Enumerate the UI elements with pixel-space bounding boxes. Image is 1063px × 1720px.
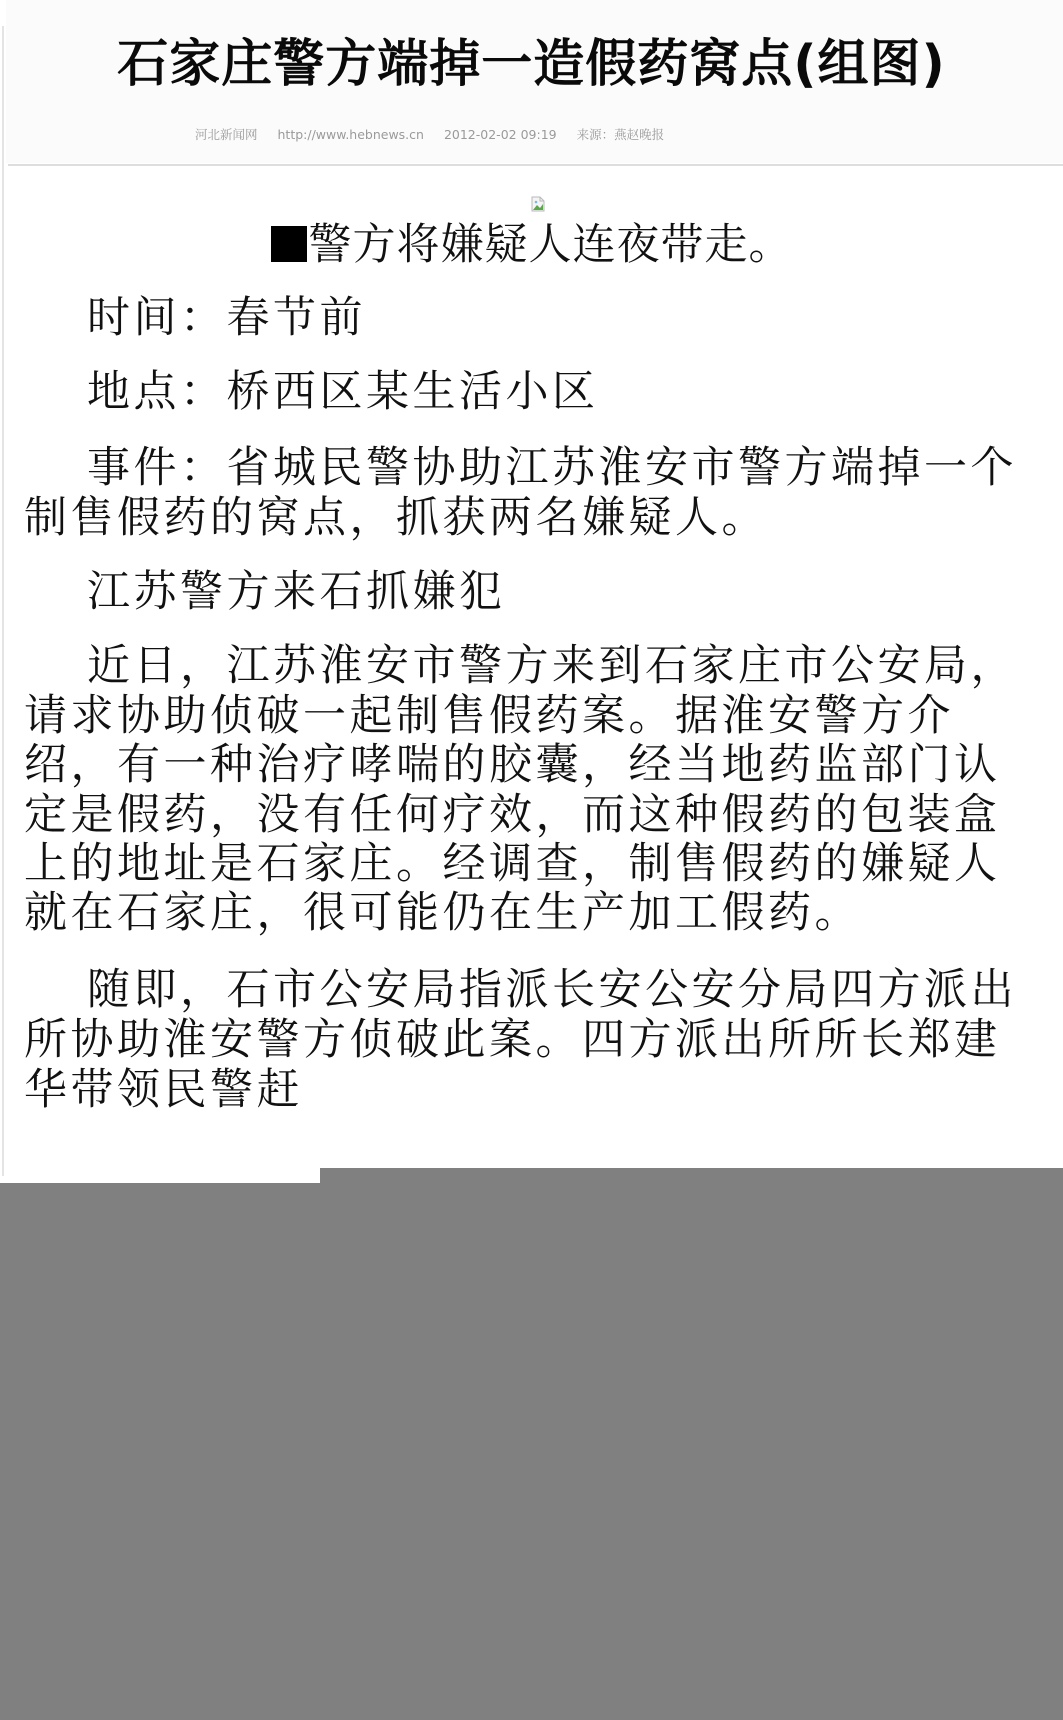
paragraph-2-line-2: 所协助淮安警方侦破此案。四方派出所所长郑建: [24, 1015, 1001, 1065]
paragraph-1-line-6: 就在石家庄，很可能仍在生产加工假药。: [24, 888, 861, 938]
paragraph-2-line-1: 随即，石市公安局指派长安公安分局四方派出: [87, 965, 1017, 1015]
meta-datetime: 2012-02-02 09:19: [444, 127, 557, 142]
meta-source: 来源：燕赵晚报: [577, 127, 665, 142]
paragraph-1-line-5: 上的地址是石家庄。经调查，制售假药的嫌疑人: [24, 839, 1001, 889]
paragraph-1-line-4: 定是假药，没有任何疗效，而这种假药的包装盒: [24, 790, 1001, 840]
photo-caption: 警方将嫌疑人连夜带走。: [0, 218, 1063, 272]
gray-overlay: [0, 1183, 1063, 1720]
paragraph-2-line-3: 华带领民警赶: [24, 1065, 303, 1115]
paragraph-time: 时间：春节前: [87, 293, 366, 343]
paragraph-1-line-1: 近日，江苏淮安市警方来到石家庄市公安局，: [87, 641, 1017, 691]
article-title: 石家庄警方端掉一造假药窝点(组图): [0, 30, 1063, 100]
broken-image-icon: [531, 196, 545, 212]
paragraph-1-line-3: 绍，有一种治疗哮喘的胶囊，经当地药监部门认: [24, 740, 1001, 790]
meta-site: 河北新闻网: [195, 127, 258, 142]
paragraph-event-line-1: 事件：省城民警协助江苏淮安市警方端掉一个: [87, 443, 1017, 493]
paragraph-event-line-2: 制售假药的窝点，抓获两名嫌疑人。: [24, 493, 768, 543]
square-bullet-icon: [271, 226, 307, 262]
subheading: 江苏警方来石抓嫌犯: [87, 567, 506, 617]
paragraph-location: 地点：桥西区某生活小区: [87, 367, 599, 417]
article-meta: 河北新闻网 http://www.hebnews.cn 2012-02-02 0…: [195, 126, 680, 144]
page-left-border: [2, 26, 4, 1176]
header-divider: [8, 164, 1063, 166]
meta-url[interactable]: http://www.hebnews.cn: [278, 127, 424, 142]
paragraph-1-line-2: 请求协助侦破一起制售假药案。据淮安警方介: [24, 691, 954, 741]
caption-text: 警方将嫌疑人连夜带走。: [309, 220, 793, 270]
